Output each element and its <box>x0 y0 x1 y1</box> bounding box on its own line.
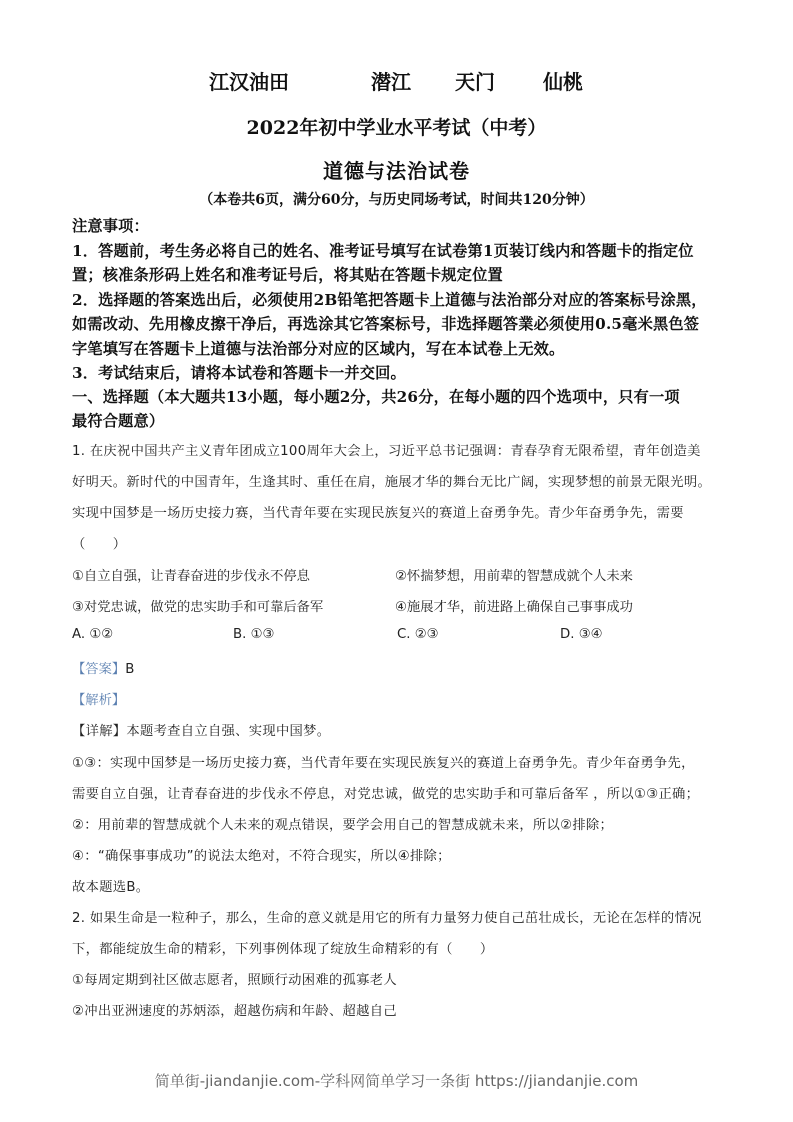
statement-1: ①自立自强，让青春奋进的步伐永不停息 <box>72 565 310 584</box>
choice-b: B. ①③ <box>233 627 274 642</box>
region-header: 江汉油田 潜江 天门 仙桃 <box>0 66 793 96</box>
region-qianjiang: 潜江 <box>371 66 411 95</box>
section-heading: 一、选择题（本大题共13小题，每小题2分，共26分，在每小题的四个选项中，只有一… <box>72 386 680 407</box>
statement-3: ③对党忠诚，做党的忠实助手和可靠后备军 <box>72 596 323 615</box>
notice-heading: 注意事项： <box>72 215 149 236</box>
question-1-blank: （ ） <box>72 533 126 552</box>
paper-title: 道德与法治试卷 <box>0 155 793 184</box>
notice-line: 2．选择题的答案选出后，必须使用2B铅笔把答题卡上道德与法治部分对应的答案标号涂… <box>72 289 707 310</box>
notice-line: 如需改动、先用橡皮擦干净后，再选涂其它答案标号，非选择题答業必须使用0.5毫米黑… <box>72 313 699 334</box>
choice-d: D. ③④ <box>560 627 603 642</box>
answer-line: 【答案】B <box>72 658 134 677</box>
question-2-stem: 2. 如果生命是一粒种子，那么，生命的意义就是用它的所有力量努力使自己茁壮成长，… <box>72 907 702 926</box>
exam-title: 2022年初中学业水平考试（中考） <box>0 113 793 140</box>
analysis-label: 【解析】 <box>72 689 125 708</box>
question-2-stem: 下，都能绽放生命的精彩，下列事例体现了绽放生命精彩的有（ ） <box>72 938 494 957</box>
answer-label: 【答案】 <box>72 662 125 677</box>
notice-line: 3．考试结束后，请将本试卷和答题卡一并交回。 <box>72 362 406 383</box>
question-1-stem: 1. 在庆祝中国共产主义青年团成立100周年大会上，习近平总书记强调：青春孕育无… <box>72 440 701 459</box>
detail-line: 【详解】本题考查自立自强、实现中国梦。 <box>72 720 330 739</box>
region-jianghan-oilfield: 江汉油田 <box>209 66 289 95</box>
detail-line: 需要自立自强，让青春奋进的步伐永不停息，对党忠诚，做党的忠实助手和可靠后备军 ，… <box>72 783 699 802</box>
detail-line: ①③：实现中国梦是一场历史接力赛，当代青年要在实现民族复兴的赛道上奋勇争先。青少… <box>72 752 695 771</box>
region-tianmen: 天门 <box>455 66 495 95</box>
question-1-stem: 好明天。新时代的中国青年，生逢其时、重任在肩，施展才华的舞台无比广阔，实现梦想的… <box>72 471 711 490</box>
detail-conclusion: 故本题选B。 <box>72 876 149 895</box>
notice-line: 置；核准条形码上姓名和准考证号后，将其贴在答题卡规定位置 <box>72 264 503 285</box>
choice-c: C. ②③ <box>397 627 439 642</box>
detail-line: ②：用前辈的智慧成就个人未来的观点错误，要学会用自己的智慧成就未来，所以②排除； <box>72 814 613 833</box>
notice-line: 字笔填写在答题卡上道德与法治部分对应的区域内，写在本试卷上无效。 <box>72 338 564 359</box>
region-xiantao: 仙桃 <box>543 66 583 95</box>
q2-statement-2: ②冲出亚洲速度的苏炳添，超越伤病和年龄、超越自己 <box>72 1000 397 1019</box>
statement-4: ④施展才华，前进路上确保自己事事成功 <box>395 596 633 615</box>
section-heading-cont: 最符合题意） <box>72 410 164 431</box>
question-1-stem: 实现中国梦是一场历史接力赛，当代青年要在实现民族复兴的赛道上奋勇争先。青少年奋勇… <box>72 502 684 521</box>
notice-line: 1．答题前，考生务必将自己的姓名、准考证号填写在试卷第1页装订线内和答题卡的指定… <box>72 240 694 261</box>
statement-2: ②怀揣梦想，用前辈的智慧成就个人未来 <box>395 565 633 584</box>
detail-line: ④：“确保事事成功”的说法太绝对，不符合现实，所以④排除； <box>72 845 451 864</box>
exam-subtitle: （本卷共6页，满分60分，与历史同场考试，时间共120分钟） <box>0 189 793 209</box>
answer-value: B <box>125 662 134 677</box>
footer-watermark: 简单街-jiandanjie.com-学科网简单学习一条街 https://ji… <box>0 1070 793 1091</box>
choice-a: A. ①② <box>72 627 113 642</box>
q2-statement-1: ①每周定期到社区做志愿者，照顾行动困难的孤寡老人 <box>72 969 397 988</box>
